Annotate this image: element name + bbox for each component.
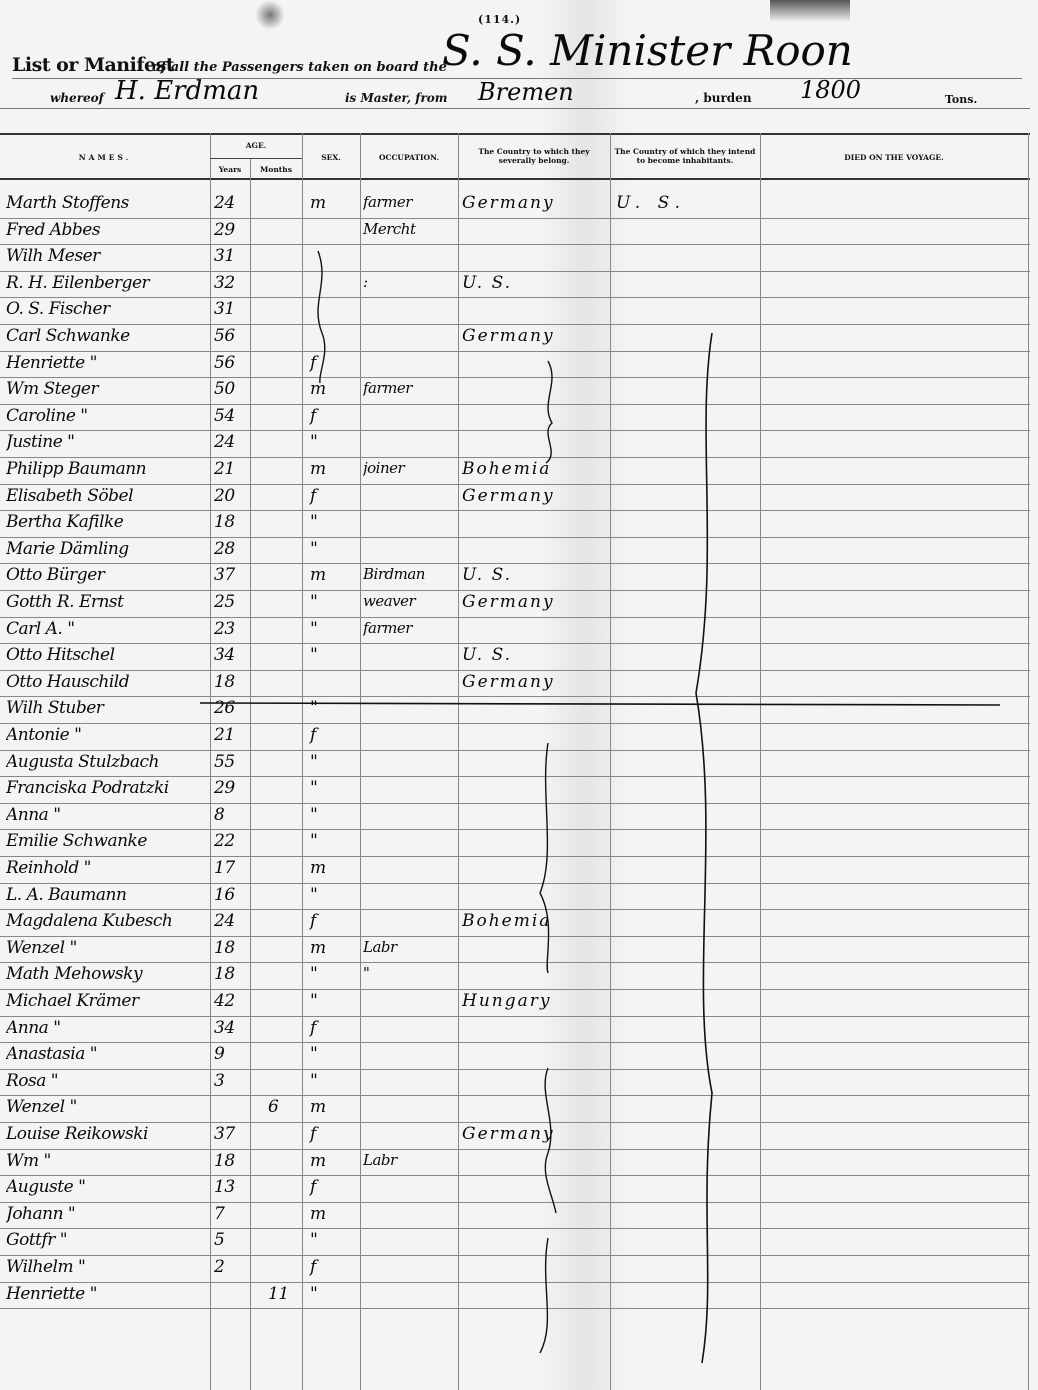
master-name: H. Erdman [115, 76, 259, 106]
sex: " [310, 1230, 356, 1250]
table-row: Caroline "54f [0, 404, 1030, 432]
sex: m [310, 193, 356, 213]
occupation: farmer [363, 619, 458, 637]
table-row: Justine "24" [0, 430, 1030, 458]
burden-value: 1800 [800, 76, 861, 104]
passenger-name: Antonie " [6, 725, 206, 745]
passenger-name: Magdalena Kubesch [6, 911, 206, 931]
occupation: farmer [363, 193, 458, 211]
sex: m [310, 1204, 356, 1224]
sex: f [310, 1124, 356, 1144]
table-row: Otto Hitschel34"U. S. [0, 643, 1030, 671]
sex: " [310, 1071, 356, 1091]
passenger-name: Louise Reikowski [6, 1124, 206, 1144]
passenger-name: Bertha Kafilke [6, 512, 206, 532]
age-years: 24 [214, 193, 250, 213]
age-years: 18 [214, 1151, 250, 1171]
age-years: 34 [214, 645, 250, 665]
manifest-title: List or Manifest [12, 54, 174, 76]
table-row: Antonie "21f [0, 723, 1030, 751]
whereof-label: whereof [50, 91, 104, 105]
passenger-name: Carl A. " [6, 619, 206, 639]
passenger-name: Anastasia " [6, 1044, 206, 1064]
age-years: 8 [214, 805, 250, 825]
age-years: 18 [214, 512, 250, 532]
passenger-name: Caroline " [6, 406, 206, 426]
sex: f [310, 406, 356, 426]
age-years: 56 [214, 326, 250, 346]
passenger-name: Otto Bürger [6, 565, 206, 585]
passenger-name: Justine " [6, 432, 206, 452]
passenger-name: Augusta Stulzbach [6, 752, 206, 772]
table-row: Franciska Podratzki29" [0, 776, 1030, 804]
age-years: 16 [214, 885, 250, 905]
country-belong: Bohemia [462, 911, 610, 931]
age-years: 13 [214, 1177, 250, 1197]
country-belong: Bohemia [462, 459, 610, 479]
table-row: Wm Steger50mfarmer [0, 377, 1030, 405]
sex: " [310, 885, 356, 905]
table-row: Gotth R. Ernst25"weaverGermany [0, 590, 1030, 618]
passenger-table: NAMES. AGE. Years Months SEX. OCCUPATION… [0, 133, 1030, 1390]
passenger-name: Marie Dämling [6, 539, 206, 559]
passenger-name: Henriette " [6, 1284, 206, 1304]
sex: f [310, 725, 356, 745]
age-years: 21 [214, 725, 250, 745]
age-years: 5 [214, 1230, 250, 1250]
occupation: Labr [363, 938, 458, 956]
passenger-name: Wilhelm " [6, 1257, 206, 1277]
age-years: 50 [214, 379, 250, 399]
sex: m [310, 459, 356, 479]
table-row: Wenzel "18mLabr [0, 936, 1030, 964]
table-row: Augusta Stulzbach55" [0, 750, 1030, 778]
sex: " [310, 432, 356, 452]
age-years: 22 [214, 831, 250, 851]
table-row: Anastasia "9" [0, 1042, 1030, 1070]
sex: " [310, 1044, 356, 1064]
table-row: Johann "7m [0, 1202, 1030, 1230]
sex: m [310, 565, 356, 585]
passenger-name: Michael Krämer [6, 991, 206, 1011]
sex: f [310, 486, 356, 506]
passenger-name: Carl Schwanke [6, 326, 206, 346]
table-row: Marie Dämling28" [0, 537, 1030, 565]
sex: " [310, 805, 356, 825]
passenger-name: Wm " [6, 1151, 206, 1171]
sex: f [310, 1257, 356, 1277]
table-row: Bertha Kafilke18" [0, 510, 1030, 538]
table-row: Wilh Stuber26" [0, 696, 1030, 724]
passenger-name: Marth Stoffens [6, 193, 206, 213]
table-row: Marth Stoffens24mfarmerGermanyU. S. [0, 191, 1030, 219]
age-years: 31 [214, 299, 250, 319]
age-years: 37 [214, 1124, 250, 1144]
occupation: Mercht [363, 220, 458, 238]
sex: " [310, 592, 356, 612]
table-row: Henriette "56f [0, 351, 1030, 379]
country-belong: Hungary [462, 991, 610, 1011]
sex: " [310, 619, 356, 639]
occupation: farmer [363, 379, 458, 397]
passenger-name: Wilh Meser [6, 246, 206, 266]
sex: f [310, 353, 356, 373]
age-years: 29 [214, 220, 250, 240]
table-row: Rosa "3" [0, 1069, 1030, 1097]
table-row: Gottfr "5" [0, 1228, 1030, 1256]
sex: " [310, 698, 356, 718]
passenger-name: Wenzel " [6, 1097, 206, 1117]
fold-shadow-top [255, 0, 285, 30]
header-age: AGE. [210, 141, 302, 150]
header-names: NAMES. [0, 153, 210, 162]
country-belong: Germany [462, 592, 610, 612]
table-row: Wm "18mLabr [0, 1149, 1030, 1177]
header-sex: SEX. [302, 153, 360, 162]
header-occupation: OCCUPATION. [360, 153, 458, 162]
table-row: Otto Bürger37mBirdmanU. S. [0, 563, 1030, 591]
passenger-name: Anna " [6, 805, 206, 825]
country-belong: Germany [462, 326, 610, 346]
age-years: 24 [214, 911, 250, 931]
fold-shadow-right [770, 0, 850, 22]
table-row: Carl A. "23"farmer [0, 617, 1030, 645]
table-row: Magdalena Kubesch24fBohemia [0, 909, 1030, 937]
table-row: Reinhold "17m [0, 856, 1030, 884]
age-years: 21 [214, 459, 250, 479]
sex: m [310, 1151, 356, 1171]
age-months: 11 [268, 1284, 298, 1304]
country-belong: U. S. [462, 565, 610, 585]
table-row: Louise Reikowski37fGermany [0, 1122, 1030, 1150]
age-years: 32 [214, 273, 250, 293]
header-years: Years [210, 165, 250, 174]
age-years: 31 [214, 246, 250, 266]
age-years: 55 [214, 752, 250, 772]
occupation: " [363, 964, 458, 982]
age-years: 18 [214, 964, 250, 984]
sex: " [310, 752, 356, 772]
age-years: 26 [214, 698, 250, 718]
sex: f [310, 911, 356, 931]
passenger-name: R. H. Eilenberger [6, 273, 206, 293]
table-row: R. H. Eilenberger32:U. S. [0, 271, 1030, 299]
sex: " [310, 645, 356, 665]
country-belong: Germany [462, 486, 610, 506]
is-master-label: is Master, from [345, 91, 447, 105]
passenger-name: Gottfr " [6, 1230, 206, 1250]
ship-name: S. S. Minister Roon [442, 26, 853, 75]
age-years: 18 [214, 938, 250, 958]
burden-label: , burden [695, 91, 752, 105]
age-years: 23 [214, 619, 250, 639]
occupation: weaver [363, 592, 458, 610]
country-belong: Germany [462, 193, 610, 213]
passenger-name: Auguste " [6, 1177, 206, 1197]
sex: " [310, 539, 356, 559]
table-row: Fred Abbes29Mercht [0, 218, 1030, 246]
occupation: Labr [363, 1151, 458, 1169]
passenger-name: Emilie Schwanke [6, 831, 206, 851]
table-row: Anna "8" [0, 803, 1030, 831]
sex: " [310, 1284, 356, 1304]
passenger-name: Otto Hitschel [6, 645, 206, 665]
header-months: Months [250, 165, 302, 174]
sex: m [310, 938, 356, 958]
table-row: Auguste "13f [0, 1175, 1030, 1203]
header-bottom-rule [0, 178, 1030, 180]
table-row: Math Mehowsky18"" [0, 962, 1030, 990]
table-row: O. S. Fischer31 [0, 297, 1030, 325]
table-row: Wilhelm "2f [0, 1255, 1030, 1283]
table-row: Emilie Schwanke22" [0, 829, 1030, 857]
sex: m [310, 858, 356, 878]
age-years: 25 [214, 592, 250, 612]
page-number: (114.) [478, 13, 521, 26]
table-row: Carl Schwanke56Germany [0, 324, 1030, 352]
age-years: 18 [214, 672, 250, 692]
age-years: 29 [214, 778, 250, 798]
passenger-name: Gotth R. Ernst [6, 592, 206, 612]
passenger-name: Franciska Podratzki [6, 778, 206, 798]
sex: " [310, 831, 356, 851]
port-from: Bremen [478, 78, 574, 106]
sex: m [310, 379, 356, 399]
table-row: Philipp Baumann21mjoinerBohemia [0, 457, 1030, 485]
table-row: Elisabeth Söbel20fGermany [0, 484, 1030, 512]
age-years: 28 [214, 539, 250, 559]
age-months: 6 [268, 1097, 298, 1117]
passenger-name: Johann " [6, 1204, 206, 1224]
occupation: joiner [363, 459, 458, 477]
occupation: Birdman [363, 565, 458, 583]
passenger-name: Wm Steger [6, 379, 206, 399]
header-died: DIED ON THE VOYAGE. [760, 153, 1028, 162]
passenger-name: Otto Hauschild [6, 672, 206, 692]
passenger-name: O. S. Fischer [6, 299, 206, 319]
age-years: 24 [214, 432, 250, 452]
age-years: 34 [214, 1018, 250, 1038]
sex: m [310, 1097, 356, 1117]
passenger-name: Henriette " [6, 353, 206, 373]
age-subrule [210, 158, 302, 159]
table-row: Otto Hauschild18Germany [0, 670, 1030, 698]
age-years: 20 [214, 486, 250, 506]
passenger-name: Math Mehowsky [6, 964, 206, 984]
passenger-name: Reinhold " [6, 858, 206, 878]
header-country-intend: The Country of which they intend to beco… [612, 147, 758, 165]
manifest-title-text: of all the Passengers taken on board the [152, 60, 447, 75]
country-belong: U. S. [462, 645, 610, 665]
sex: " [310, 512, 356, 532]
sex: f [310, 1177, 356, 1197]
passenger-name: Wenzel " [6, 938, 206, 958]
age-years: 7 [214, 1204, 250, 1224]
age-years: 54 [214, 406, 250, 426]
passenger-name: L. A. Baumann [6, 885, 206, 905]
occupation: : [363, 273, 458, 291]
table-row: Henriette "11" [0, 1282, 1030, 1310]
age-years: 17 [214, 858, 250, 878]
table-row: L. A. Baumann16" [0, 883, 1030, 911]
country-intend: U. S. [616, 193, 756, 213]
passenger-name: Anna " [6, 1018, 206, 1038]
passenger-name: Philipp Baumann [6, 459, 206, 479]
passenger-name: Rosa " [6, 1071, 206, 1091]
tons-label: Tons. [945, 93, 977, 106]
header-top-rule [0, 133, 1030, 135]
table-row: Anna "34f [0, 1016, 1030, 1044]
table-row: Wilh Meser31 [0, 244, 1030, 272]
sex: f [310, 1018, 356, 1038]
sex: " [310, 964, 356, 984]
header-country-belong: The Country to which they severally belo… [462, 147, 606, 165]
sex: " [310, 991, 356, 1011]
age-years: 3 [214, 1071, 250, 1091]
sex: " [310, 778, 356, 798]
age-years: 9 [214, 1044, 250, 1064]
age-years: 2 [214, 1257, 250, 1277]
age-years: 37 [214, 565, 250, 585]
passenger-name: Fred Abbes [6, 220, 206, 240]
table-row: Michael Krämer42"Hungary [0, 989, 1030, 1017]
country-belong: Germany [462, 1124, 610, 1144]
country-belong: U. S. [462, 273, 610, 293]
table-row: Wenzel "6m [0, 1095, 1030, 1123]
age-years: 56 [214, 353, 250, 373]
age-years: 42 [214, 991, 250, 1011]
country-belong: Germany [462, 672, 610, 692]
passenger-name: Wilh Stuber [6, 698, 206, 718]
passenger-name: Elisabeth Söbel [6, 486, 206, 506]
